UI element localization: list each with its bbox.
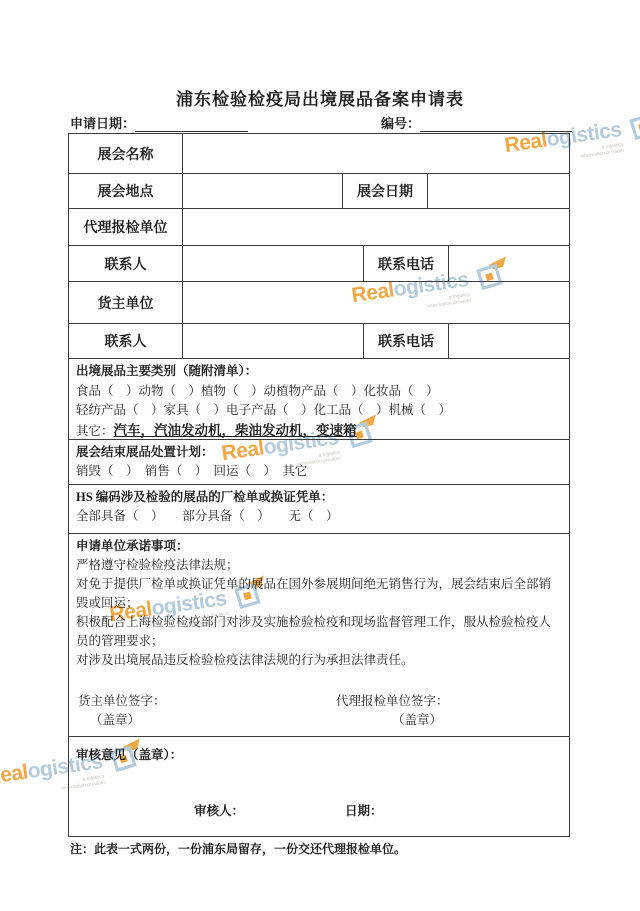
application-date-group: 申请日期：: [70, 113, 248, 132]
hs-options: 全部具备（ ） 部分具备（ ） 无（ ）: [76, 507, 562, 526]
owner-signature-label: 货主单位签字：: [76, 692, 336, 711]
document-page: Realogistics a logisticsinformation prov…: [0, 0, 640, 911]
owner-unit-blank: [182, 282, 569, 323]
exhibition-place-blank: [182, 174, 342, 208]
commitment-line-1: 严格遵守检验检疫法律法规；: [76, 556, 562, 575]
section-review-opinion: 审核意见（盖章）： 审核人： 日期：: [69, 736, 569, 836]
owner-seal-label: （盖章）: [76, 711, 348, 730]
table-row-agent-contact: 联系人 联系电话: [69, 245, 569, 281]
commitment-line-3: 积极配合上海检验检疫部门对涉及实施检验检疫和现场监督管理工作，服从检验检疫人员的…: [76, 613, 562, 651]
exhibition-name-blank: [182, 134, 569, 173]
review-heading: 审核意见（盖章）：: [76, 746, 562, 765]
categories-line-1: 食品（ ）动物（ ）植物（ ）动植物产品（ ）化妆品（ ）: [76, 382, 562, 402]
table-row-exhibition-place: 展会地点 展会日期: [69, 173, 569, 208]
disposal-heading: 展会结束展品处置计划：: [76, 443, 562, 462]
watermark-brand-real: Real: [0, 760, 29, 789]
form-number-label: 编号：: [381, 113, 420, 132]
exhibition-date-blank: [427, 174, 569, 208]
commitment-line-2: 对免于提供厂检单或换证凭单的展品在国外参展期间绝无销售行为，展会结束后全部销毁或…: [76, 575, 562, 613]
categories-other-line: 其它：汽车，汽油发动机，柴油发动机，变速箱: [76, 421, 562, 442]
seal-row: （盖章） （盖章）: [76, 711, 562, 730]
table-row-exhibition-name: 展会名称: [69, 134, 569, 173]
reviewer-label: 审核人：: [194, 802, 244, 821]
application-date-blank: [135, 116, 248, 132]
other-value: 汽车，汽油发动机，柴油发动机，变速箱: [114, 423, 357, 438]
owner-contact-blank: [182, 324, 363, 358]
disposal-options: 销毁（ ） 销售（ ） 回运（ ） 其它: [76, 462, 562, 481]
table-row-agent-unit: 代理报检单位: [69, 208, 569, 245]
table-row-owner-contact: 联系人 联系电话: [69, 323, 569, 358]
section-exhibit-categories: 出境展品主要类别（随附清单）： 食品（ ）动物（ ）植物（ ）动植物产品（ ）化…: [69, 358, 569, 439]
commitment-line-4: 对涉及出境展品违反检验检疫法律法规的行为承担法律责任。: [76, 651, 562, 670]
agent-unit-blank: [182, 209, 569, 245]
agent-contact-label: 联系人: [69, 246, 182, 281]
owner-phone-blank: [448, 324, 569, 358]
owner-unit-label: 货主单位: [69, 282, 182, 323]
exhibition-name-label: 展会名称: [69, 134, 182, 173]
agent-seal-label: （盖章）: [348, 711, 562, 730]
page-title: 浦东检验检疫局出境展品备案申请表: [0, 85, 640, 110]
form-number-group: 编号：: [381, 113, 572, 132]
signature-row: 货主单位签字： 代理报检单位签字：: [76, 692, 562, 711]
section-disposal-plan: 展会结束展品处置计划： 销毁（ ） 销售（ ） 回运（ ） 其它: [69, 439, 569, 484]
section-hs-voucher: HS 编码涉及检验的展品的厂检单或换证凭单： 全部具备（ ） 部分具备（ ） 无…: [69, 484, 569, 533]
exhibition-place-label: 展会地点: [69, 174, 182, 208]
exhibition-date-label: 展会日期: [342, 174, 427, 208]
form-table: 展会名称 展会地点 展会日期 代理报检单位 联系人 联系电话 货主单位 联系人 …: [68, 133, 570, 837]
table-row-owner-unit: 货主单位: [69, 281, 569, 323]
agent-phone-blank: [448, 246, 569, 281]
header-line: 申请日期： 编号：: [70, 113, 572, 132]
footer-note: 注：此表一式两份，一份浦东局留存，一份交还代理报检单位。: [70, 840, 406, 857]
other-label: 其它：: [76, 424, 114, 438]
review-sign-row: 审核人： 日期：: [76, 802, 562, 821]
categories-line-2: 轻纺产品（ ）家具（ ）电子产品（ ）化工品（ ）机械（ ）: [76, 401, 562, 421]
agent-contact-blank: [182, 246, 363, 281]
owner-contact-label: 联系人: [69, 324, 182, 358]
agent-phone-label: 联系电话: [363, 246, 448, 281]
categories-heading: 出境展品主要类别（随附清单）：: [76, 362, 562, 382]
hs-heading: HS 编码涉及检验的展品的厂检单或换证凭单：: [76, 488, 562, 507]
watermark-tagline: a logisticsinformation provider: [579, 142, 624, 160]
application-date-label: 申请日期：: [70, 113, 135, 132]
section-commitments: 申请单位承诺事项： 严格遵守检验检疫法律法规； 对免于提供厂检单或换证凭单的展品…: [69, 533, 569, 736]
form-number-blank: [420, 116, 572, 132]
watermark-square-flag-icon: [626, 105, 640, 144]
owner-phone-label: 联系电话: [363, 324, 448, 358]
agent-signature-label: 代理报检单位签字：: [336, 692, 562, 711]
commitments-heading: 申请单位承诺事项：: [76, 537, 562, 556]
agent-unit-label: 代理报检单位: [69, 209, 182, 245]
review-date-label: 日期：: [345, 802, 383, 821]
